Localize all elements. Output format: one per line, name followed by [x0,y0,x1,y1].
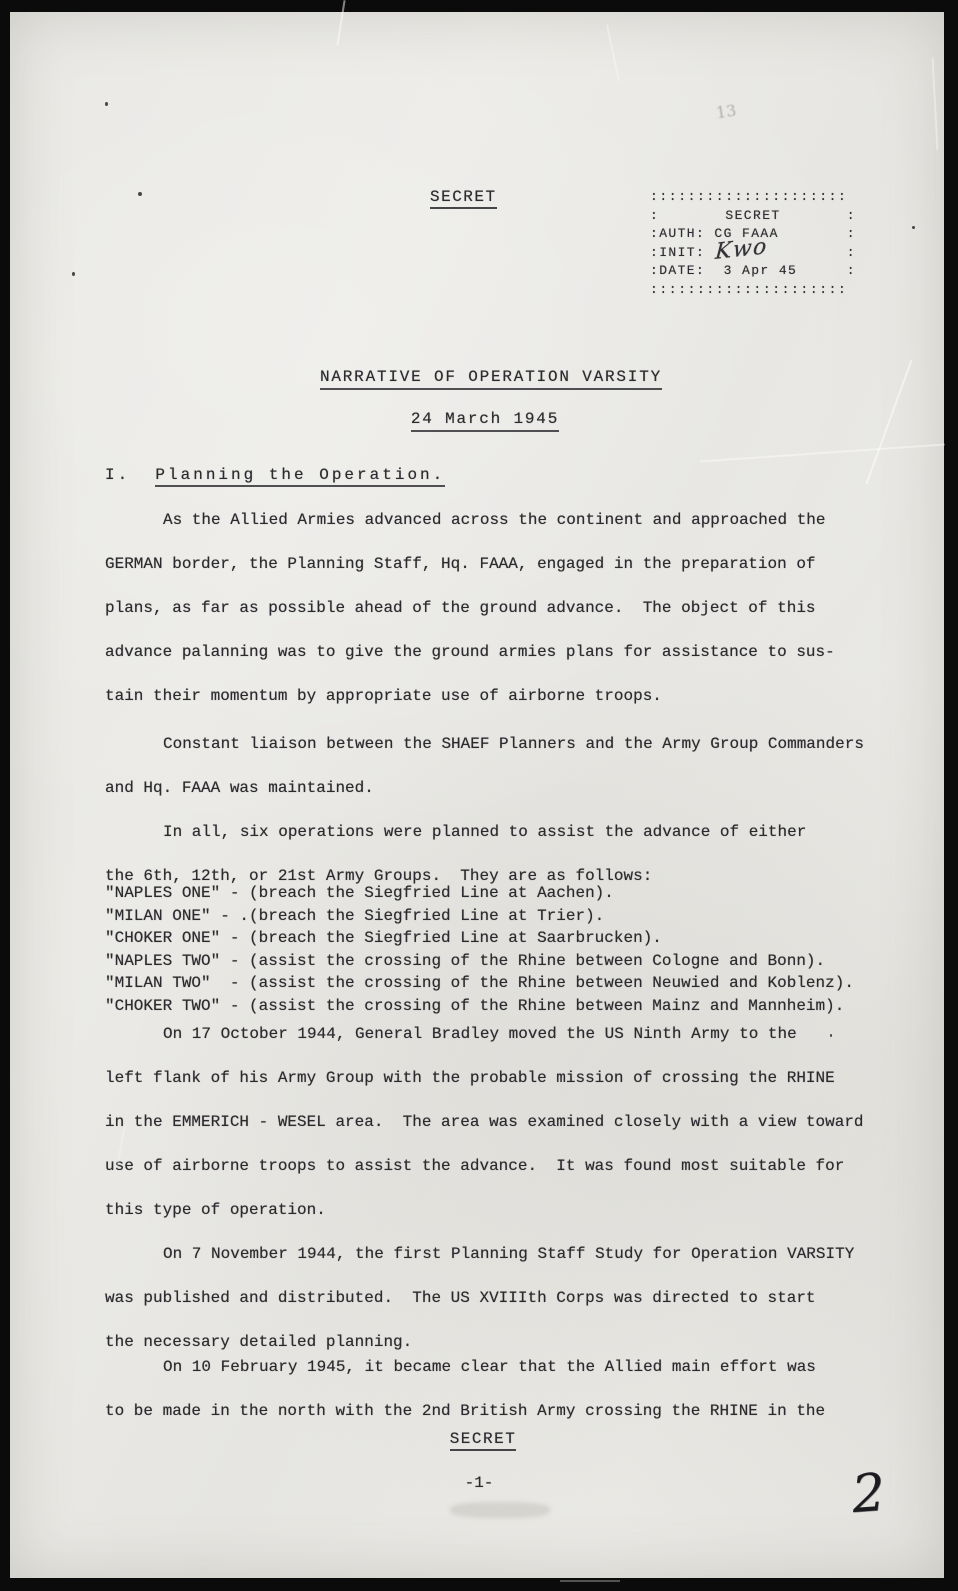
paragraph-line: was published and distributed. The US XV… [105,1276,905,1320]
section-numeral: I. [105,466,155,484]
paragraph-line: Constant liaison between the SHAEF Plann… [105,722,905,766]
stamp-side-right: : [847,244,856,263]
stamp-side-left: : [650,207,659,226]
film-speck [138,192,142,196]
film-speck [72,272,75,276]
stamp-secret-row: : SECRET : [650,207,856,226]
section-heading: I. Planning the Operation. [105,466,445,484]
paragraph-1: As the Allied Armies advanced across the… [105,498,905,718]
paragraph-6: On 10 February 1945, it became clear tha… [105,1345,905,1433]
paragraph-line: left flank of his Army Group with the pr… [105,1056,905,1100]
stamp-date-row: :DATE: 3 Apr 45 : [650,262,856,281]
paragraph-line: On 17 October 1944, General Bradley move… [105,1012,905,1056]
stamp-init-label: :INIT: [650,245,705,260]
paragraph-line: GERMAN border, the Planning Staff, Hq. F… [105,542,905,586]
stamp-init-cell: :INIT:Kwo [650,244,768,263]
classification-stamp-box: ::::::::::::::::::::: : SECRET : :AUTH: … [650,188,856,299]
paragraph-line: In all, six operations were planned to a… [105,810,905,854]
paragraph-line: to be made in the north with the 2nd Bri… [105,1389,905,1433]
stamp-side-right: : [847,207,856,226]
faint-pencil-mark: 13 [715,101,738,123]
paragraph-line: As the Allied Armies advanced across the… [105,498,905,542]
stamp-init-row: :INIT:Kwo : [650,244,856,263]
operations-list: "NAPLES ONE" - (breach the Siegfried Lin… [105,882,925,1017]
operation-item: "NAPLES TWO" - (assist the crossing of t… [105,950,925,973]
operation-item: "MILAN TWO" - (assist the crossing of th… [105,972,925,995]
paragraph-line: in the EMMERICH - WESEL area. The area w… [105,1100,905,1144]
paragraph-4: On 17 October 1944, General Bradley move… [105,1012,905,1232]
paragraph-line: plans, as far as possible ahead of the g… [105,586,905,630]
film-speck [912,226,915,229]
paragraph-line: use of airborne troops to assist the adv… [105,1144,905,1188]
stamp-date-line: :DATE: 3 Apr 45 [650,262,797,281]
title-date-block: 24 March 1945 [18,410,952,432]
paragraph-line: and Hq. FAAA was maintained. [105,766,905,810]
stamp-border-top: ::::::::::::::::::::: [650,188,856,207]
footer-page-number: -1- [12,1474,946,1492]
stamp-side-right: : [847,262,856,281]
footer-classification-block: SECRET [16,1430,950,1451]
document-title: NARRATIVE OF OPERATION VARSITY [320,368,662,390]
film-speck [105,102,108,106]
title-block: NARRATIVE OF OPERATION VARSITY [24,368,958,390]
document-page: SECRET ::::::::::::::::::::: : SECRET : … [10,12,944,1578]
paragraph-line: On 10 February 1945, it became clear tha… [105,1345,905,1389]
classification-header: SECRET [430,188,497,209]
document-date: 24 March 1945 [411,410,559,432]
film-speck [830,1034,832,1037]
operation-item: "CHOKER ONE" - (breach the Siegfried Lin… [105,927,925,950]
section-heading-text: Planning the Operation. [155,466,445,487]
operation-item: "MILAN ONE" - .(breach the Siegfried Lin… [105,905,925,928]
paragraph-line: advance palanning was to give the ground… [105,630,905,674]
film-scratch [560,1580,620,1582]
handwritten-page-number: 2 [850,1463,887,1525]
paragraph-line: On 7 November 1944, the first Planning S… [105,1232,905,1276]
operation-item: "NAPLES ONE" - (breach the Siegfried Lin… [105,882,925,905]
stamp-secret-label: SECRET [725,207,780,226]
footer-classification: SECRET [450,1430,517,1451]
paragraph-2: Constant liaison between the SHAEF Plann… [105,722,905,810]
scanned-page: SECRET ::::::::::::::::::::: : SECRET : … [0,0,958,1591]
paragraph-line: this type of operation. [105,1188,905,1232]
handwritten-initials: Kwo [715,242,768,258]
stamp-side-right: : [847,225,856,244]
stamp-border-bottom: ::::::::::::::::::::: [650,281,856,300]
paragraph-line: tain their momentum by appropriate use o… [105,674,905,718]
erased-smudge [450,1502,550,1518]
